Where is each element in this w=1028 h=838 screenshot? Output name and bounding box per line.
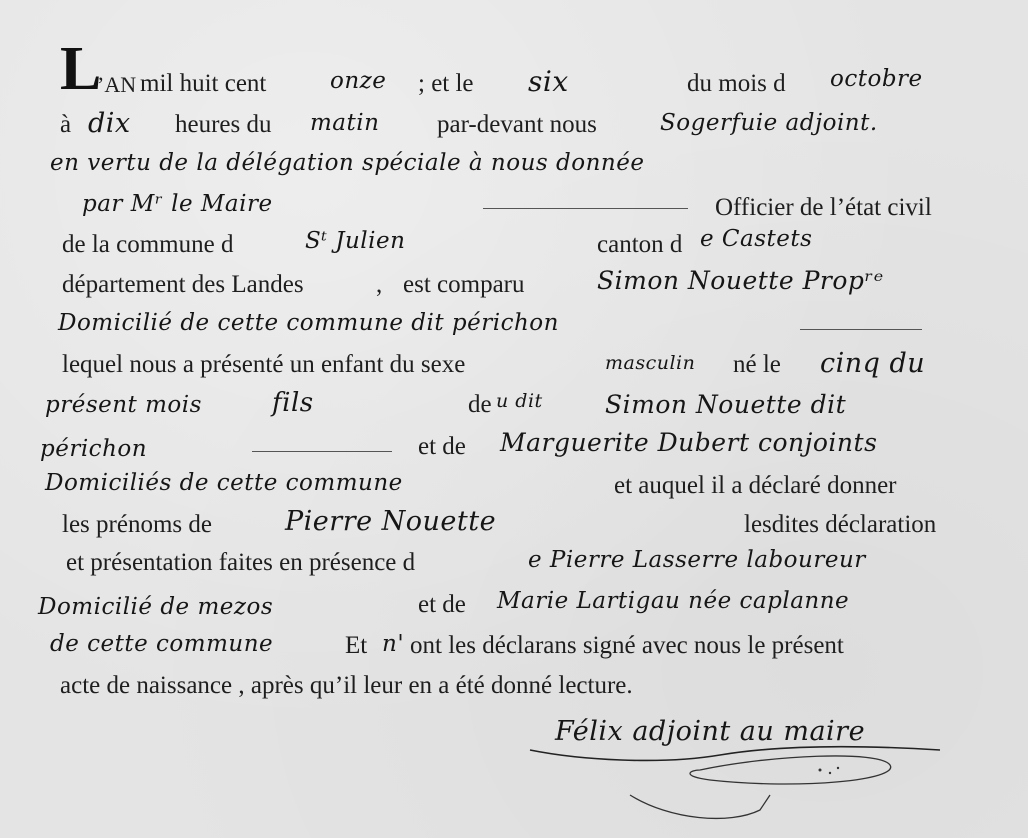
handwritten-birth-date: cinq du	[820, 350, 925, 377]
printed-text: de	[468, 392, 492, 417]
printed-text: heures du	[175, 112, 272, 137]
handwritten-delegation-by: par Mʳ le Maire	[82, 193, 273, 216]
handwritten-year: onze	[330, 70, 386, 93]
printed-text: est comparu	[403, 272, 524, 297]
handwritten-witness1: e Pierre Lasserre laboureur	[528, 549, 866, 572]
printed-text: ; et le	[418, 71, 474, 96]
handwritten-witness1-residence: Domicilié de mezos	[38, 596, 273, 619]
handwritten-witness2-residence: de cette commune	[50, 633, 273, 656]
handwritten-parents-residence: Domiciliés de cette commune	[45, 472, 403, 495]
printed-text: département des Landes	[62, 272, 304, 297]
printed-text: et présentation faites en présence d	[66, 550, 415, 575]
printed-text: né le	[733, 352, 781, 377]
handwritten-period: matin	[310, 112, 379, 135]
handwritten-declarant: Simon Nouette Propʳᵉ	[597, 268, 884, 293]
printed-text: du mois d	[687, 71, 786, 96]
printed-text: ’AN	[97, 74, 136, 96]
handwritten-birth-date-cont: présent mois	[45, 394, 202, 417]
printed-text: Et	[345, 633, 367, 658]
signature-flourish-icon	[520, 740, 980, 830]
fill-line	[252, 451, 392, 452]
printed-text: ,	[376, 272, 382, 297]
handwritten-father-prefix: u dit	[496, 392, 543, 411]
handwritten-hour: dix	[88, 110, 131, 137]
printed-text: Officier de l’état civil	[715, 195, 932, 220]
handwritten-father-alias: périchon	[40, 438, 147, 461]
handwritten-canton: e Castets	[700, 228, 812, 251]
fill-line	[800, 329, 922, 330]
handwritten-relation: fils	[272, 390, 314, 416]
handwritten-declarant-residence: Domicilié de cette commune dit périchon	[58, 312, 559, 335]
printed-text: canton d	[597, 232, 682, 257]
handwritten-commune: Sᵗ Julien	[305, 230, 405, 253]
handwritten-child-names: Pierre Nouette	[285, 508, 496, 535]
fill-line	[483, 208, 688, 209]
printed-text: et de	[418, 434, 466, 459]
printed-text: lequel nous a présenté un enfant du sexe	[62, 352, 465, 377]
handwritten-sex: masculin	[605, 354, 695, 373]
printed-text: et auquel il a déclaré donner	[614, 473, 897, 498]
handwritten-delegation: en vertu de la délégation spéciale à nou…	[50, 152, 644, 175]
printed-text: mil huit cent	[140, 71, 266, 96]
handwritten-witness2: Marie Lartigau née caplanne	[497, 590, 849, 613]
printed-text: lesdites déclaration	[744, 512, 936, 537]
handwritten-father: Simon Nouette dit	[605, 392, 846, 417]
handwritten-month: octobre	[830, 68, 923, 91]
handwritten-mother: Marguerite Dubert conjoints	[500, 430, 877, 455]
printed-text: et de	[418, 592, 466, 617]
printed-text: ont les déclarans signé avec nous le pré…	[410, 633, 844, 658]
handwritten-day: six	[528, 68, 569, 96]
handwritten-negation: n'	[382, 633, 404, 656]
scanned-document-page: L ’AN mil huit cent onze ; et le six du …	[0, 0, 1028, 838]
drop-cap: L	[60, 38, 101, 100]
handwritten-official: Sogerfuie adjoint.	[660, 112, 878, 135]
printed-text: acte de naissance , après qu’il leur en …	[60, 673, 633, 698]
printed-text: les prénoms de	[62, 512, 212, 537]
printed-text: par-devant nous	[437, 112, 597, 137]
printed-text: de la commune d	[62, 232, 233, 257]
printed-text: à	[60, 112, 71, 137]
